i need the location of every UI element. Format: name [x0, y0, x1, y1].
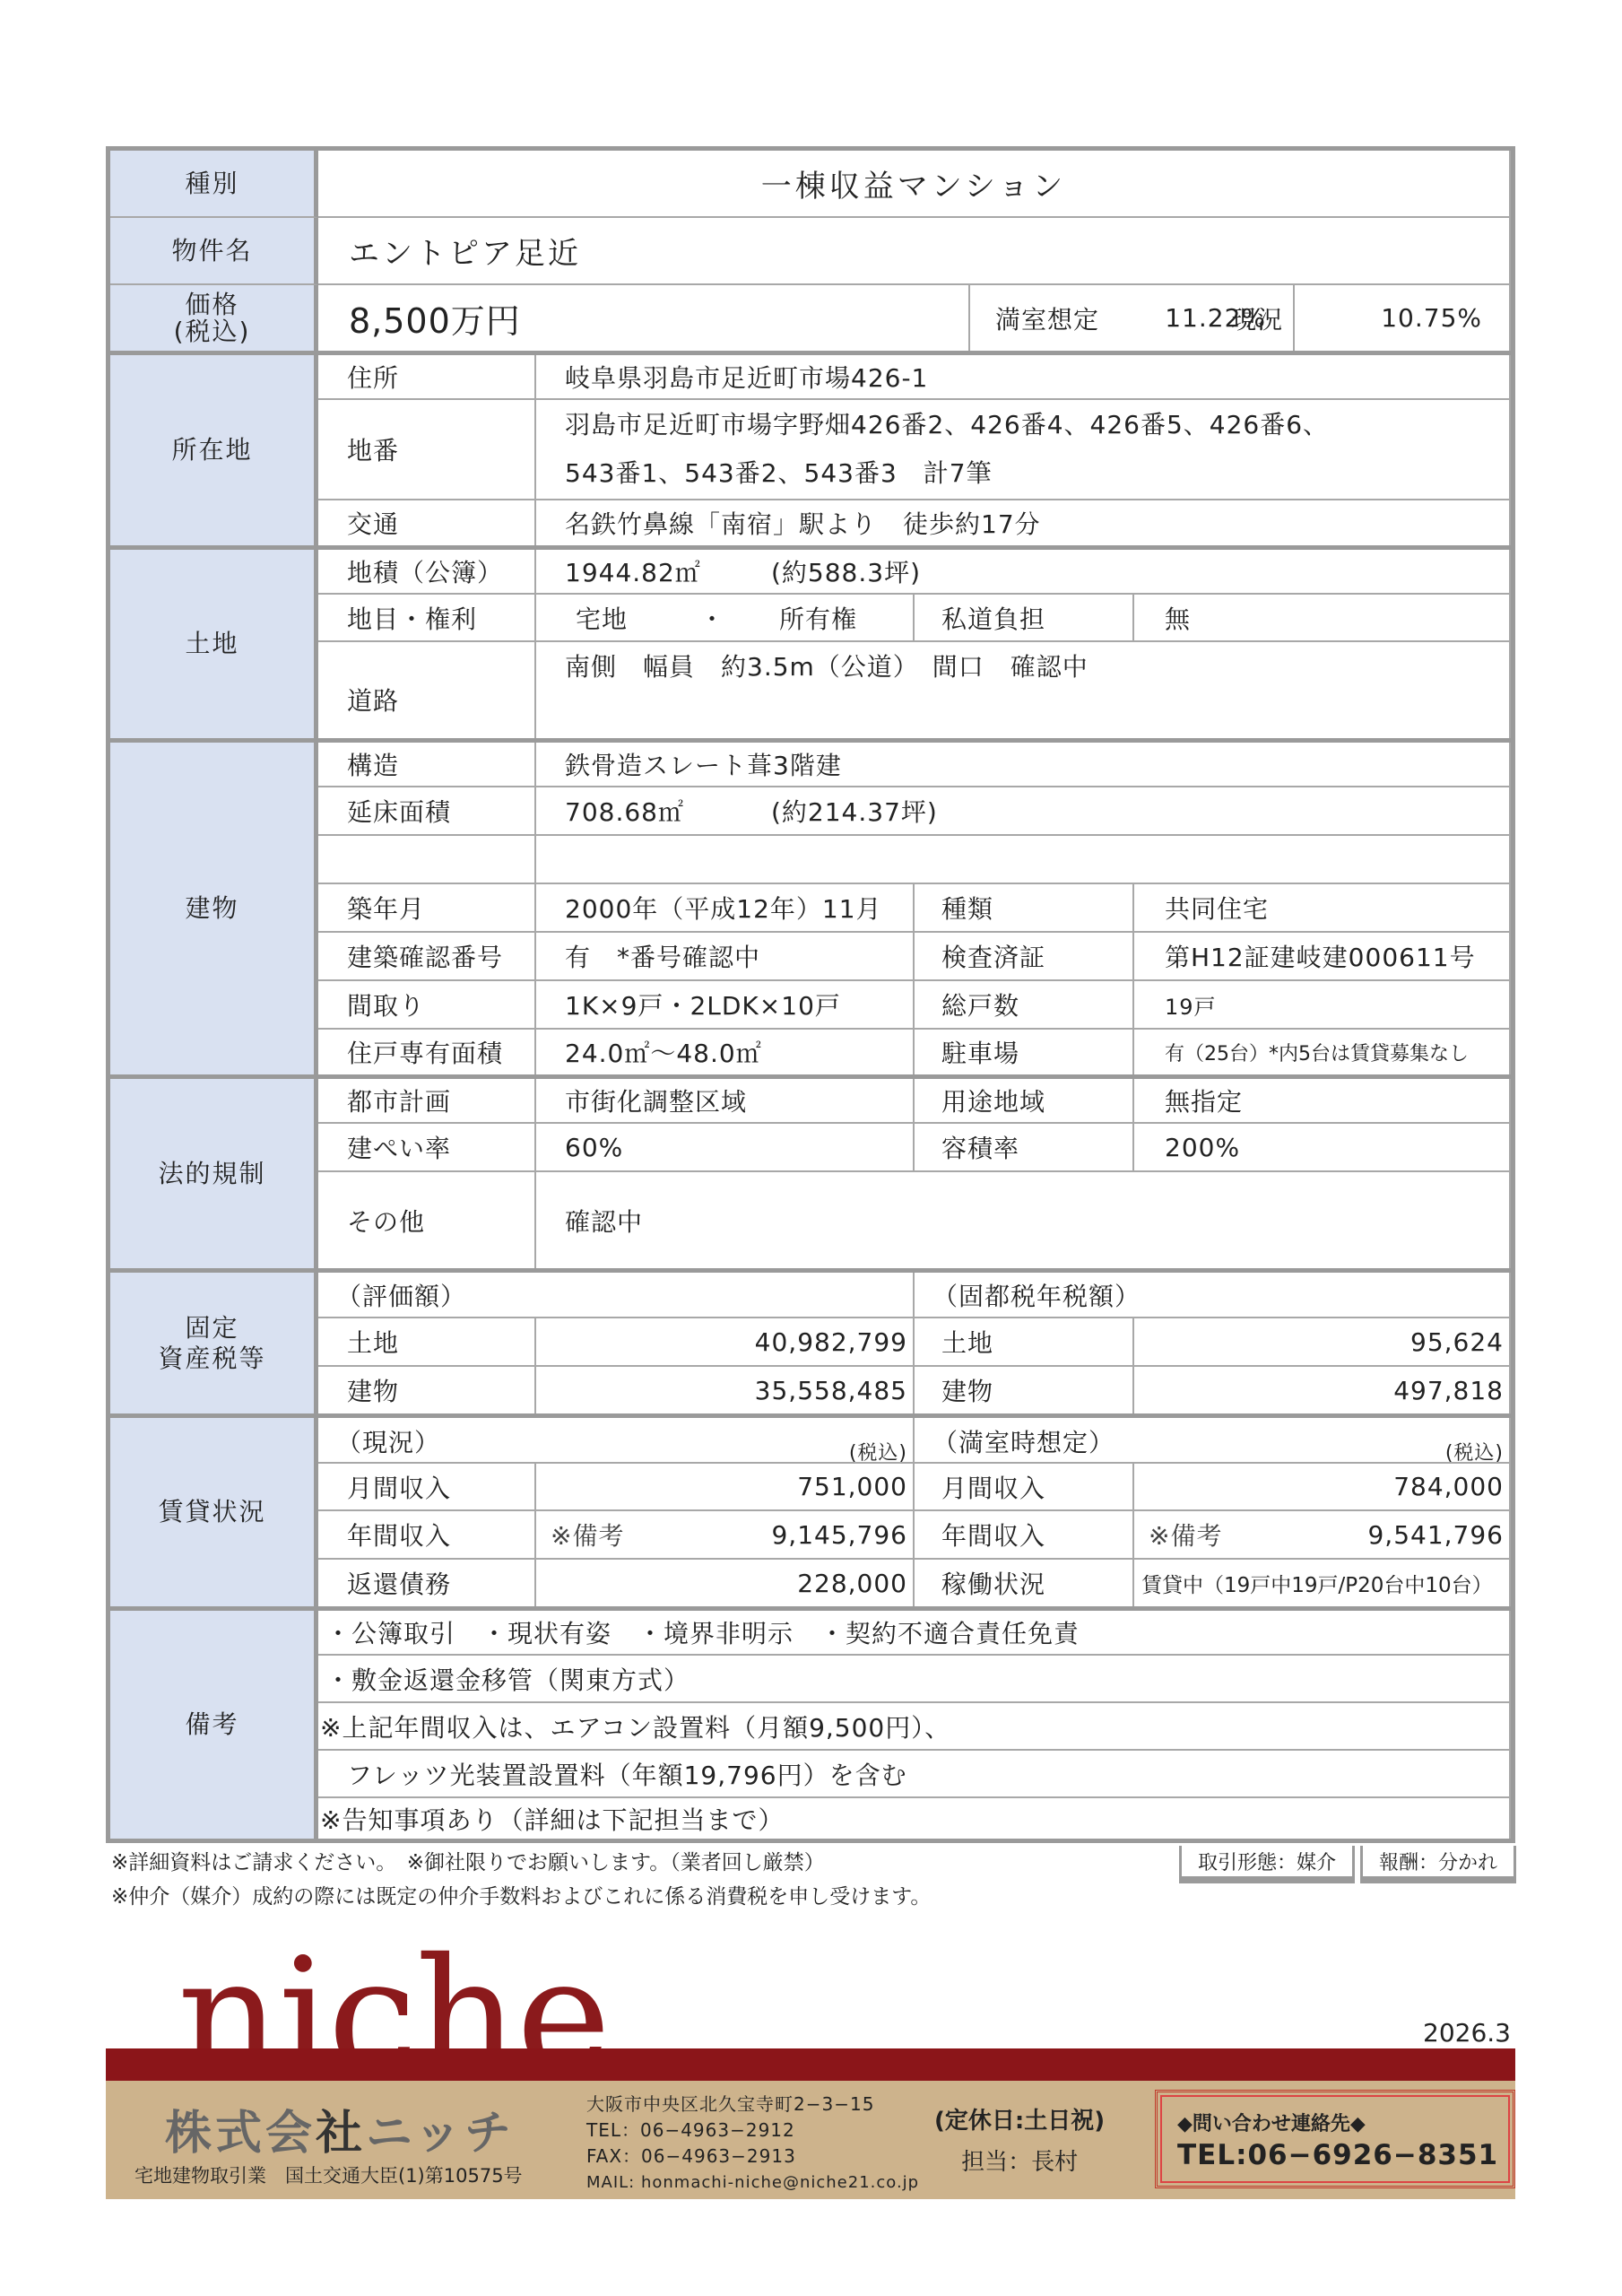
company-mail[interactable]: MAIL: honmachi-niche@niche21.co.jp	[586, 2170, 919, 2196]
value-structure: 鉄骨造スレート葺3階建	[536, 743, 1511, 787]
label-monthly-2: 月間収入	[915, 1464, 1134, 1511]
value-layout: 1K×9戸・2LDK×10戸	[536, 981, 915, 1030]
header-current: （現況） (税込)	[318, 1418, 915, 1464]
contact-box: ◆問い合わせ連絡先◆ TEL:06−6926−8351	[1155, 2090, 1515, 2188]
value-type: 一棟収益マンション	[318, 151, 1511, 218]
value-land-area: 1944.82㎡ (約588.3坪)	[536, 550, 1511, 595]
company-address: 大阪市中央区北久宝寺町2−3−15	[586, 2092, 919, 2118]
header-annual-tax: （固都税年税額）	[915, 1273, 1511, 1318]
contact-heading: ◆問い合わせ連絡先◆	[1177, 2109, 1366, 2136]
annual-full-cell: ※備考 9,541,796	[1134, 1511, 1511, 1560]
header-current-label: （現況）	[336, 1423, 440, 1459]
section-location: 所在地	[110, 355, 318, 547]
section-remarks: 備考	[110, 1611, 318, 1839]
issue-date: 2026.3	[1423, 2018, 1511, 2048]
label-units: 総戸数	[915, 981, 1134, 1030]
value-lot-line1: 羽島市足近町市場字野畑426番2、426番4、426番5、426番6、	[565, 401, 1329, 449]
category-separator: ・	[699, 600, 725, 636]
label-far: 容積率	[915, 1124, 1134, 1172]
value-land-area-tsubo: (約588.3坪)	[771, 553, 921, 589]
header-full-label: （満室時想定）	[932, 1423, 1115, 1459]
company-contact-info: 大阪市中央区北久宝寺町2−3−15 TEL：06−4963−2912 FAX：0…	[586, 2092, 919, 2196]
tax-incl-note: (税込)	[1445, 1438, 1504, 1464]
label-coverage: 建ぺい率	[318, 1124, 536, 1172]
value-land-tax: 95,624	[1134, 1318, 1511, 1367]
header-assessed: （評価額）	[318, 1273, 915, 1318]
label-lot: 地番	[318, 400, 536, 500]
value-address: 岐阜県羽島市足近町市場426-1	[536, 355, 1511, 400]
note-line-1: ※詳細資料はご請求ください。 ※御社限りでお願いします。（業者回し厳禁）	[111, 1846, 931, 1880]
value-far: 200%	[1134, 1124, 1511, 1172]
label-permit: 建築確認番号	[318, 933, 536, 981]
contact-tel[interactable]: TEL:06−6926−8351	[1177, 2139, 1498, 2171]
value-building-assessed: 35,558,485	[536, 1367, 915, 1415]
brand-bar	[106, 2048, 1515, 2081]
label-land-category: 地目・権利	[318, 595, 536, 642]
remark-line: ・公簿取引 ・現状有姿 ・境界非明示 ・契約不適合責任免責	[318, 1611, 1511, 1656]
yield-full-label: 満室想定	[995, 300, 1099, 336]
label-tax-land: 土地	[318, 1318, 536, 1367]
company-footer: 株式会社ニッチ 宅地建物取引業 国土交通大臣(1)第10575号 大阪市中央区北…	[106, 2081, 1515, 2199]
empty-cell	[536, 836, 1511, 884]
value-lot: 羽島市足近町市場字野畑426番2、426番4、426番5、426番6、 543番…	[536, 400, 1511, 500]
label-name: 物件名	[110, 218, 318, 285]
company-fax: FAX：06−4963−2913	[586, 2144, 919, 2170]
note-line-2: ※仲介（媒介）成約の際には既定の仲介手数料およびこれに係る消費税を申し受けます。	[111, 1880, 931, 1914]
commission-badge: 報酬：分かれ	[1360, 1846, 1516, 1879]
label-kind: 種類	[915, 884, 1134, 933]
label-annual: 年間収入	[318, 1511, 536, 1560]
section-tax-line2: 資産税等	[158, 1344, 265, 1374]
value-road: 南側 幅員 約3.5m（公道） 間口 確認中	[536, 642, 1511, 740]
value-monthly-current: 751,000	[536, 1464, 915, 1511]
label-structure: 構造	[318, 743, 536, 787]
label-private-road: 私道負担	[915, 595, 1134, 642]
label-built: 築年月	[318, 884, 536, 933]
label-city-plan: 都市計画	[318, 1079, 536, 1124]
label-tax-building-2: 建物	[915, 1367, 1134, 1415]
tax-incl-note: (税込)	[849, 1438, 907, 1464]
yield-current-label: 現況	[1231, 300, 1283, 336]
label-tax-building: 建物	[318, 1367, 536, 1415]
value-lot-line2: 543番1、543番2、543番3 計7筆	[565, 449, 993, 498]
section-tax-line1: 固定	[185, 1313, 239, 1344]
section-building: 建物	[110, 743, 318, 1076]
value-land-area-sqm: 1944.82㎡	[565, 553, 771, 589]
company-name: 株式会社ニッチ	[165, 2095, 515, 2162]
section-rental: 賃貸状況	[110, 1418, 318, 1608]
value-land-assessed: 40,982,799	[536, 1318, 915, 1367]
value-transit: 名鉄竹鼻線「南宿」駅より 徒歩約17分	[536, 500, 1511, 547]
value-kind: 共同住宅	[1134, 884, 1511, 933]
value-floor-area-sqm: 708.68㎡	[565, 793, 771, 829]
deal-tags: 取引形態：媒介 報酬：分かれ	[1179, 1846, 1516, 1879]
value-permit: 有 *番号確認中	[536, 933, 915, 981]
value-private-road: 無	[1134, 595, 1511, 642]
value-built: 2000年（平成12年）11月	[536, 884, 915, 933]
label-transit: 交通	[318, 500, 536, 547]
label-legal-other: その他	[318, 1172, 536, 1270]
label-monthly: 月間収入	[318, 1464, 536, 1511]
deal-type-badge: 取引形態：媒介	[1179, 1846, 1355, 1879]
value-floor-area: 708.68㎡ (約214.37坪)	[536, 787, 1511, 836]
label-land-area: 地積（公簿）	[318, 550, 536, 595]
section-land: 土地	[110, 550, 318, 740]
label-inspection: 検査済証	[915, 933, 1134, 981]
value-legal-other: 確認中	[536, 1172, 1511, 1270]
value-rights: 所有権	[779, 600, 857, 636]
value-annual-full: 9,541,796	[1367, 1520, 1504, 1550]
label-layout: 間取り	[318, 981, 536, 1030]
value-parking: 有（25台）*内5台は賃貸募集なし	[1134, 1030, 1511, 1076]
value-unit-area: 24.0㎡～48.0㎡	[536, 1030, 915, 1076]
empty-cell	[318, 836, 536, 884]
value-inspection: 第H12証建岐建000611号	[1134, 933, 1511, 981]
yield-current-value: 10.75%	[1381, 303, 1482, 333]
yield-current-cell: 現況 10.75%	[1177, 285, 1511, 352]
value-units: 19戸	[1134, 981, 1511, 1030]
value-coverage: 60%	[536, 1124, 915, 1172]
value-annual-current: 9,145,796	[771, 1520, 907, 1550]
value-monthly-full: 784,000	[1134, 1464, 1511, 1511]
value-price: 8,500万円	[318, 285, 970, 352]
annual-note: ※備考	[551, 1517, 624, 1552]
label-price-line2: (税込)	[174, 318, 251, 345]
value-category: 宅地	[576, 600, 628, 636]
value-land-category: 宅地 ・ 所有権	[536, 595, 915, 642]
value-property-name: エントピア足近	[318, 218, 1511, 285]
label-annual-2: 年間収入	[915, 1511, 1134, 1560]
license-number: 宅地建物取引業 国土交通大臣(1)第10575号	[134, 2161, 523, 2188]
remark-line: ※告知事項あり（詳細は下記担当まで）	[318, 1798, 1511, 1839]
value-city-plan: 市街化調整区域	[536, 1079, 915, 1124]
label-floor-area: 延床面積	[318, 787, 536, 836]
label-type: 種別	[110, 151, 318, 218]
value-zoning: 無指定	[1134, 1079, 1511, 1124]
label-unit-area: 住戸専有面積	[318, 1030, 536, 1076]
holiday-info: (定休日:土日祝) 担当：長村	[934, 2100, 1105, 2183]
label-road: 道路	[318, 642, 536, 740]
header-full: （満室時想定） (税込)	[915, 1418, 1511, 1464]
section-legal: 法的規制	[110, 1079, 318, 1270]
remark-line: ・敷金返還金移管（関東方式）	[318, 1656, 1511, 1703]
label-deposit: 返還債務	[318, 1560, 536, 1608]
label-tax-land-2: 土地	[915, 1318, 1134, 1367]
label-zoning: 用途地域	[915, 1079, 1134, 1124]
label-price-line1: 価格	[185, 291, 239, 318]
value-building-tax: 497,818	[1134, 1367, 1511, 1415]
label-parking: 駐車場	[915, 1030, 1134, 1076]
value-floor-area-tsubo: (約214.37坪)	[771, 793, 938, 829]
company-tel: TEL：06−4963−2912	[586, 2118, 919, 2144]
value-occupancy: 賃貸中（19戸中19戸/P20台中10台）	[1134, 1560, 1511, 1608]
footer-notes: ※詳細資料はご請求ください。 ※御社限りでお願いします。（業者回し厳禁） ※仲介…	[111, 1846, 931, 1914]
label-occupancy: 稼働状況	[915, 1560, 1134, 1608]
remark-line: フレッツ光装置設置料（年額19,796円）を含む	[318, 1751, 1511, 1798]
holiday-text: (定休日:土日祝)	[934, 2100, 1105, 2142]
property-grid: 種別 一棟収益マンション 物件名 エントピア足近 価格 (税込) 8,500万円…	[106, 146, 1515, 1843]
staff-text: 担当：長村	[934, 2142, 1105, 2183]
label-address: 住所	[318, 355, 536, 400]
label-price: 価格 (税込)	[110, 285, 318, 352]
remark-line: ※上記年間収入は、エアコン設置料（月額9,500円）、	[318, 1703, 1511, 1751]
value-deposit: 228,000	[536, 1560, 915, 1608]
annual-note: ※備考	[1149, 1517, 1222, 1552]
annual-current-cell: ※備考 9,145,796	[536, 1511, 915, 1560]
section-tax: 固定 資産税等	[110, 1273, 318, 1415]
